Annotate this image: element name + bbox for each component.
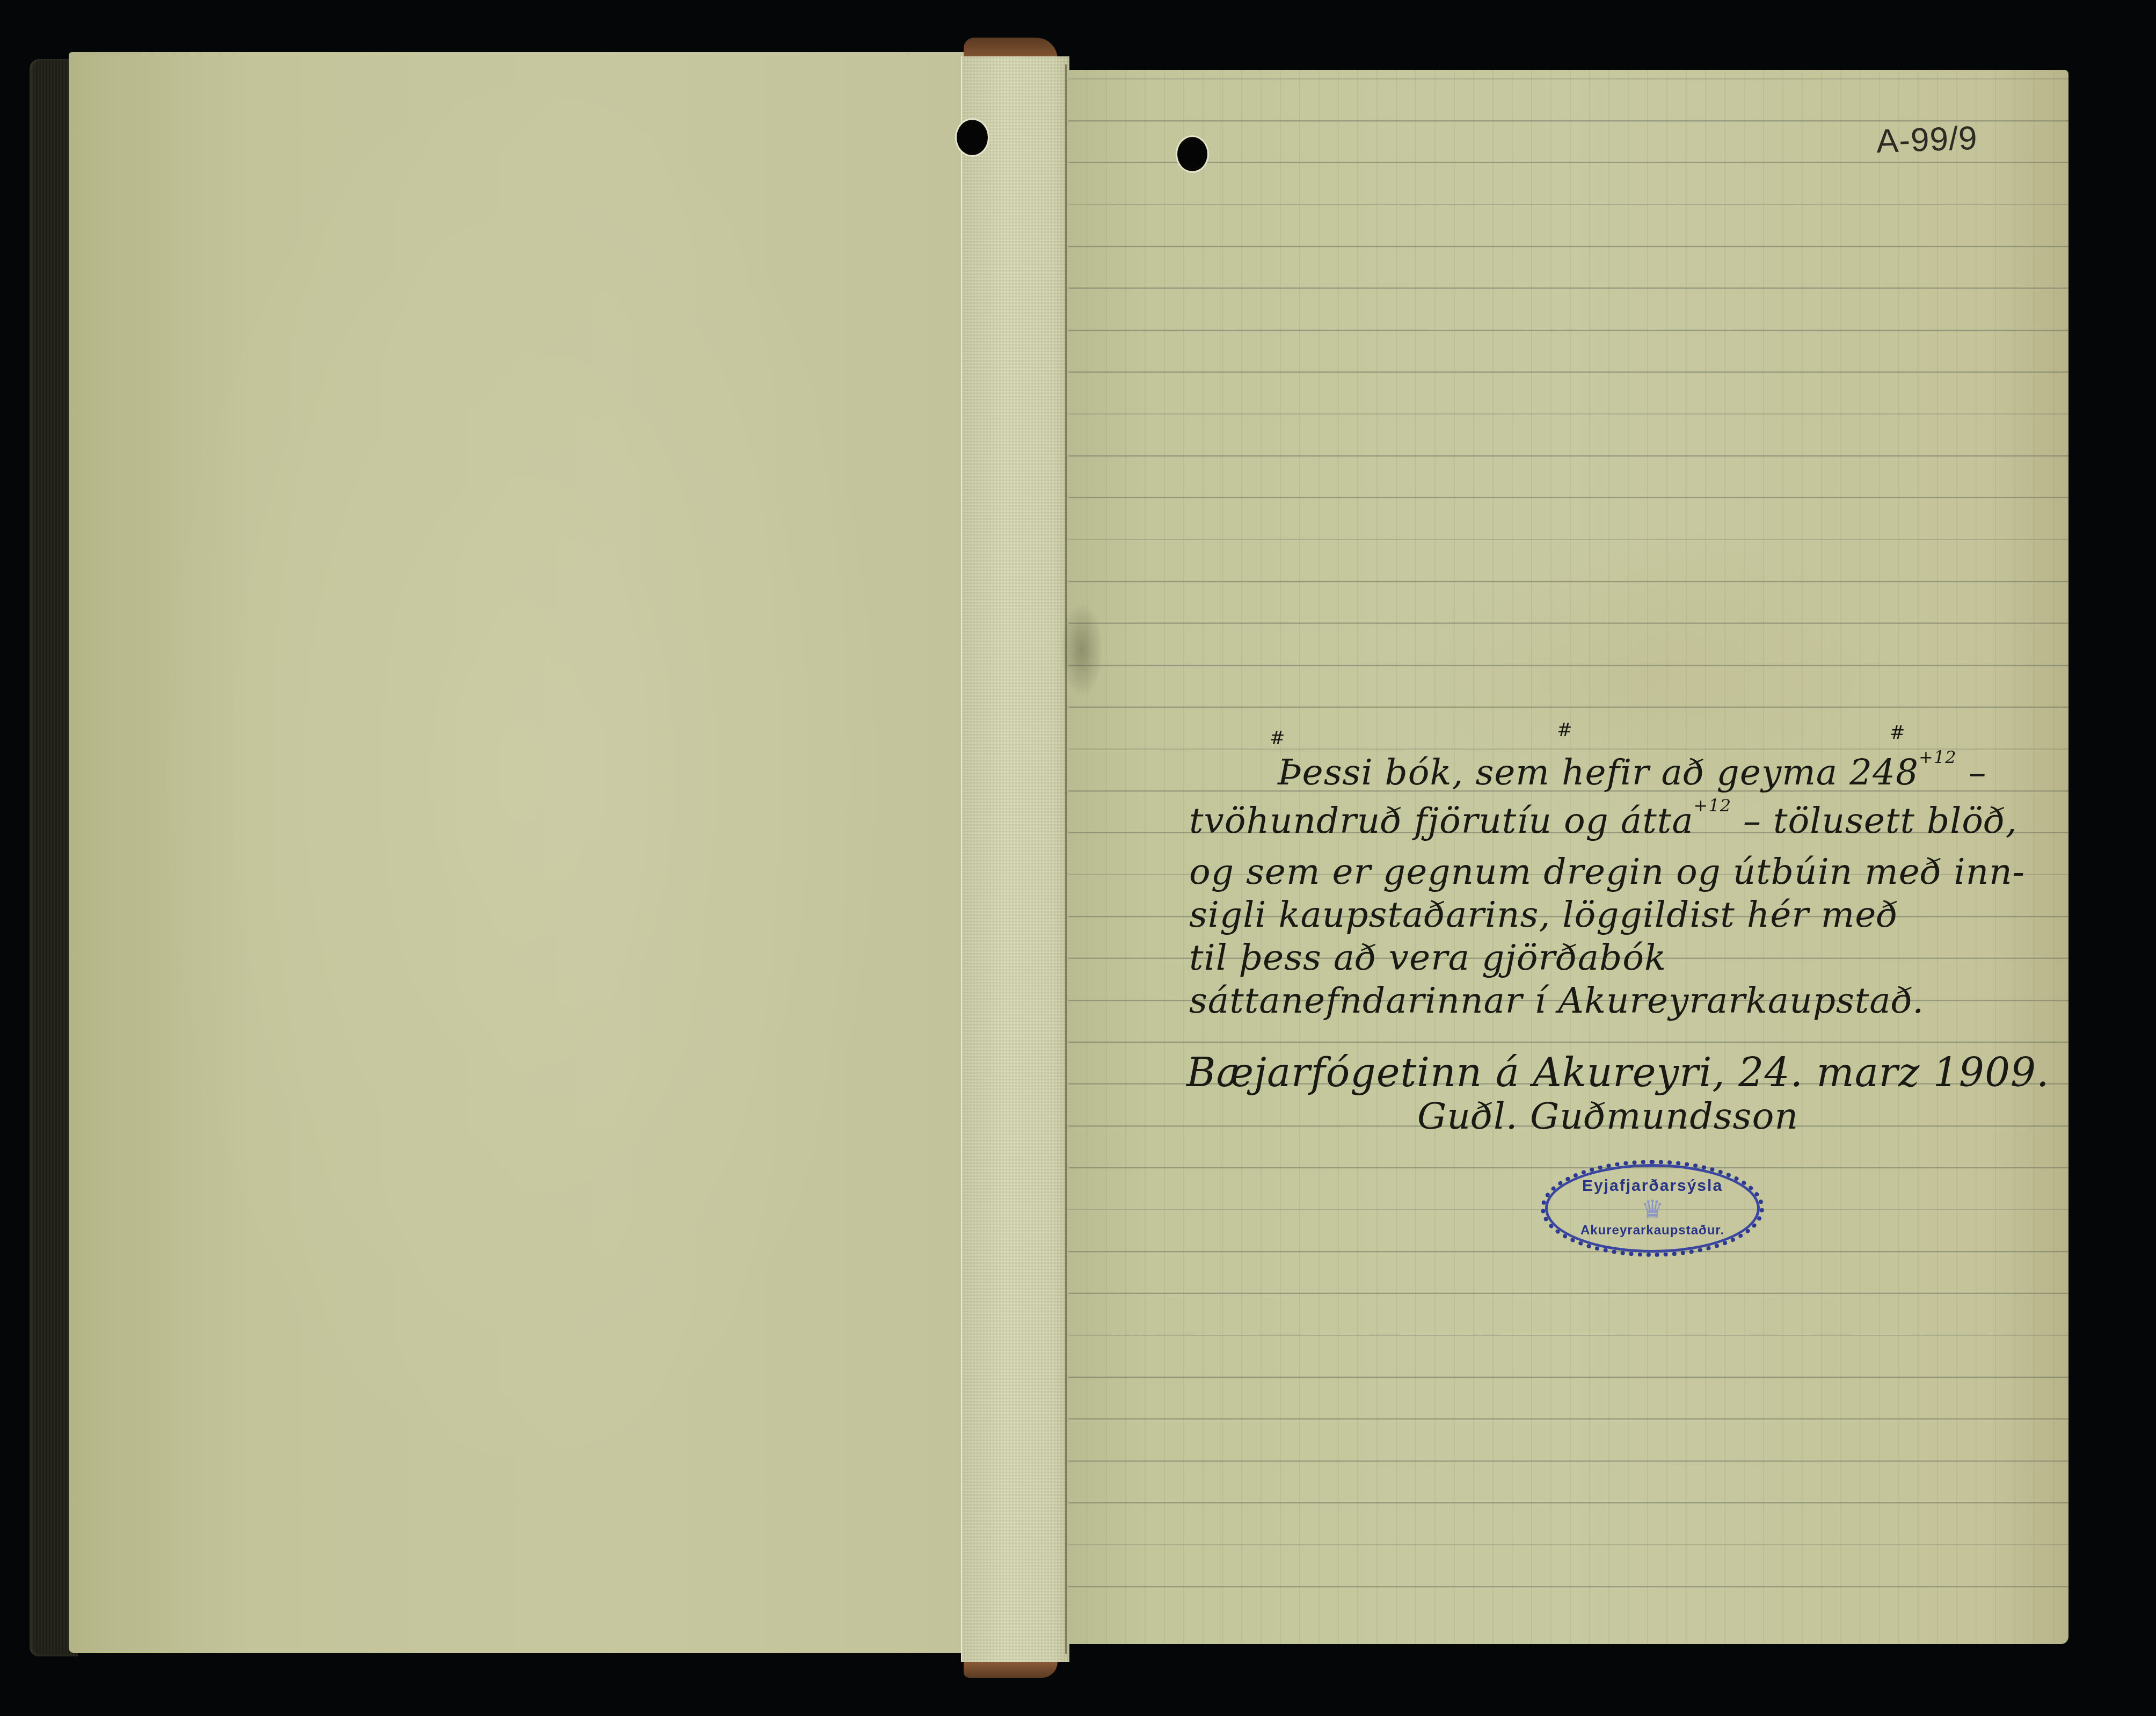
hash-mark: # bbox=[1890, 722, 1905, 744]
superscript-addition: +12 bbox=[1919, 747, 1957, 767]
archive-reference-number: A-99/9 bbox=[1876, 119, 1978, 161]
hash-mark: # bbox=[1270, 728, 1285, 749]
cloth-hinge-strip bbox=[961, 56, 1069, 1662]
stamp-county-text: Eyjafjarðarsýsla bbox=[1582, 1177, 1723, 1195]
place-and-date: Bæjarfógetinn á Akureyri, 24. marz 1909. bbox=[1186, 1050, 2050, 1096]
certification-line-2: tvöhundruð fjörutíu og átta+12 – töluset… bbox=[1189, 800, 2017, 841]
superscript-addition: +12 bbox=[1694, 795, 1732, 816]
official-stamp: Eyjafjarðarsýsla ♛ Akureyrarkaupstaður. bbox=[1541, 1160, 1764, 1257]
certification-line-1: Þessi bók, sem hefir að geyma 248+12 – bbox=[1278, 752, 1987, 793]
gutter-stain bbox=[1060, 601, 1103, 698]
gutter-line bbox=[1065, 64, 1067, 1654]
certification-line-3: og sem er gegnum dregin og útbúin með in… bbox=[1189, 851, 2025, 892]
certification-line-5: til þess að vera gjörðabók bbox=[1189, 937, 1666, 978]
left-endpaper-page bbox=[69, 52, 976, 1653]
certification-line-4: sigli kaupstaðarins, löggildist hér með bbox=[1189, 894, 1898, 935]
punched-hole-left bbox=[957, 120, 988, 155]
punched-hole-right bbox=[1177, 137, 1207, 171]
signature: Guðl. Guðmundsson bbox=[1417, 1095, 1798, 1138]
crown-icon: ♛ bbox=[1641, 1197, 1664, 1223]
hash-mark: # bbox=[1557, 719, 1572, 741]
certification-line-6: sáttanefndarinnar í Akureyrarkaupstað. bbox=[1189, 980, 1924, 1021]
stamp-town-text: Akureyrarkaupstaður. bbox=[1580, 1223, 1724, 1238]
